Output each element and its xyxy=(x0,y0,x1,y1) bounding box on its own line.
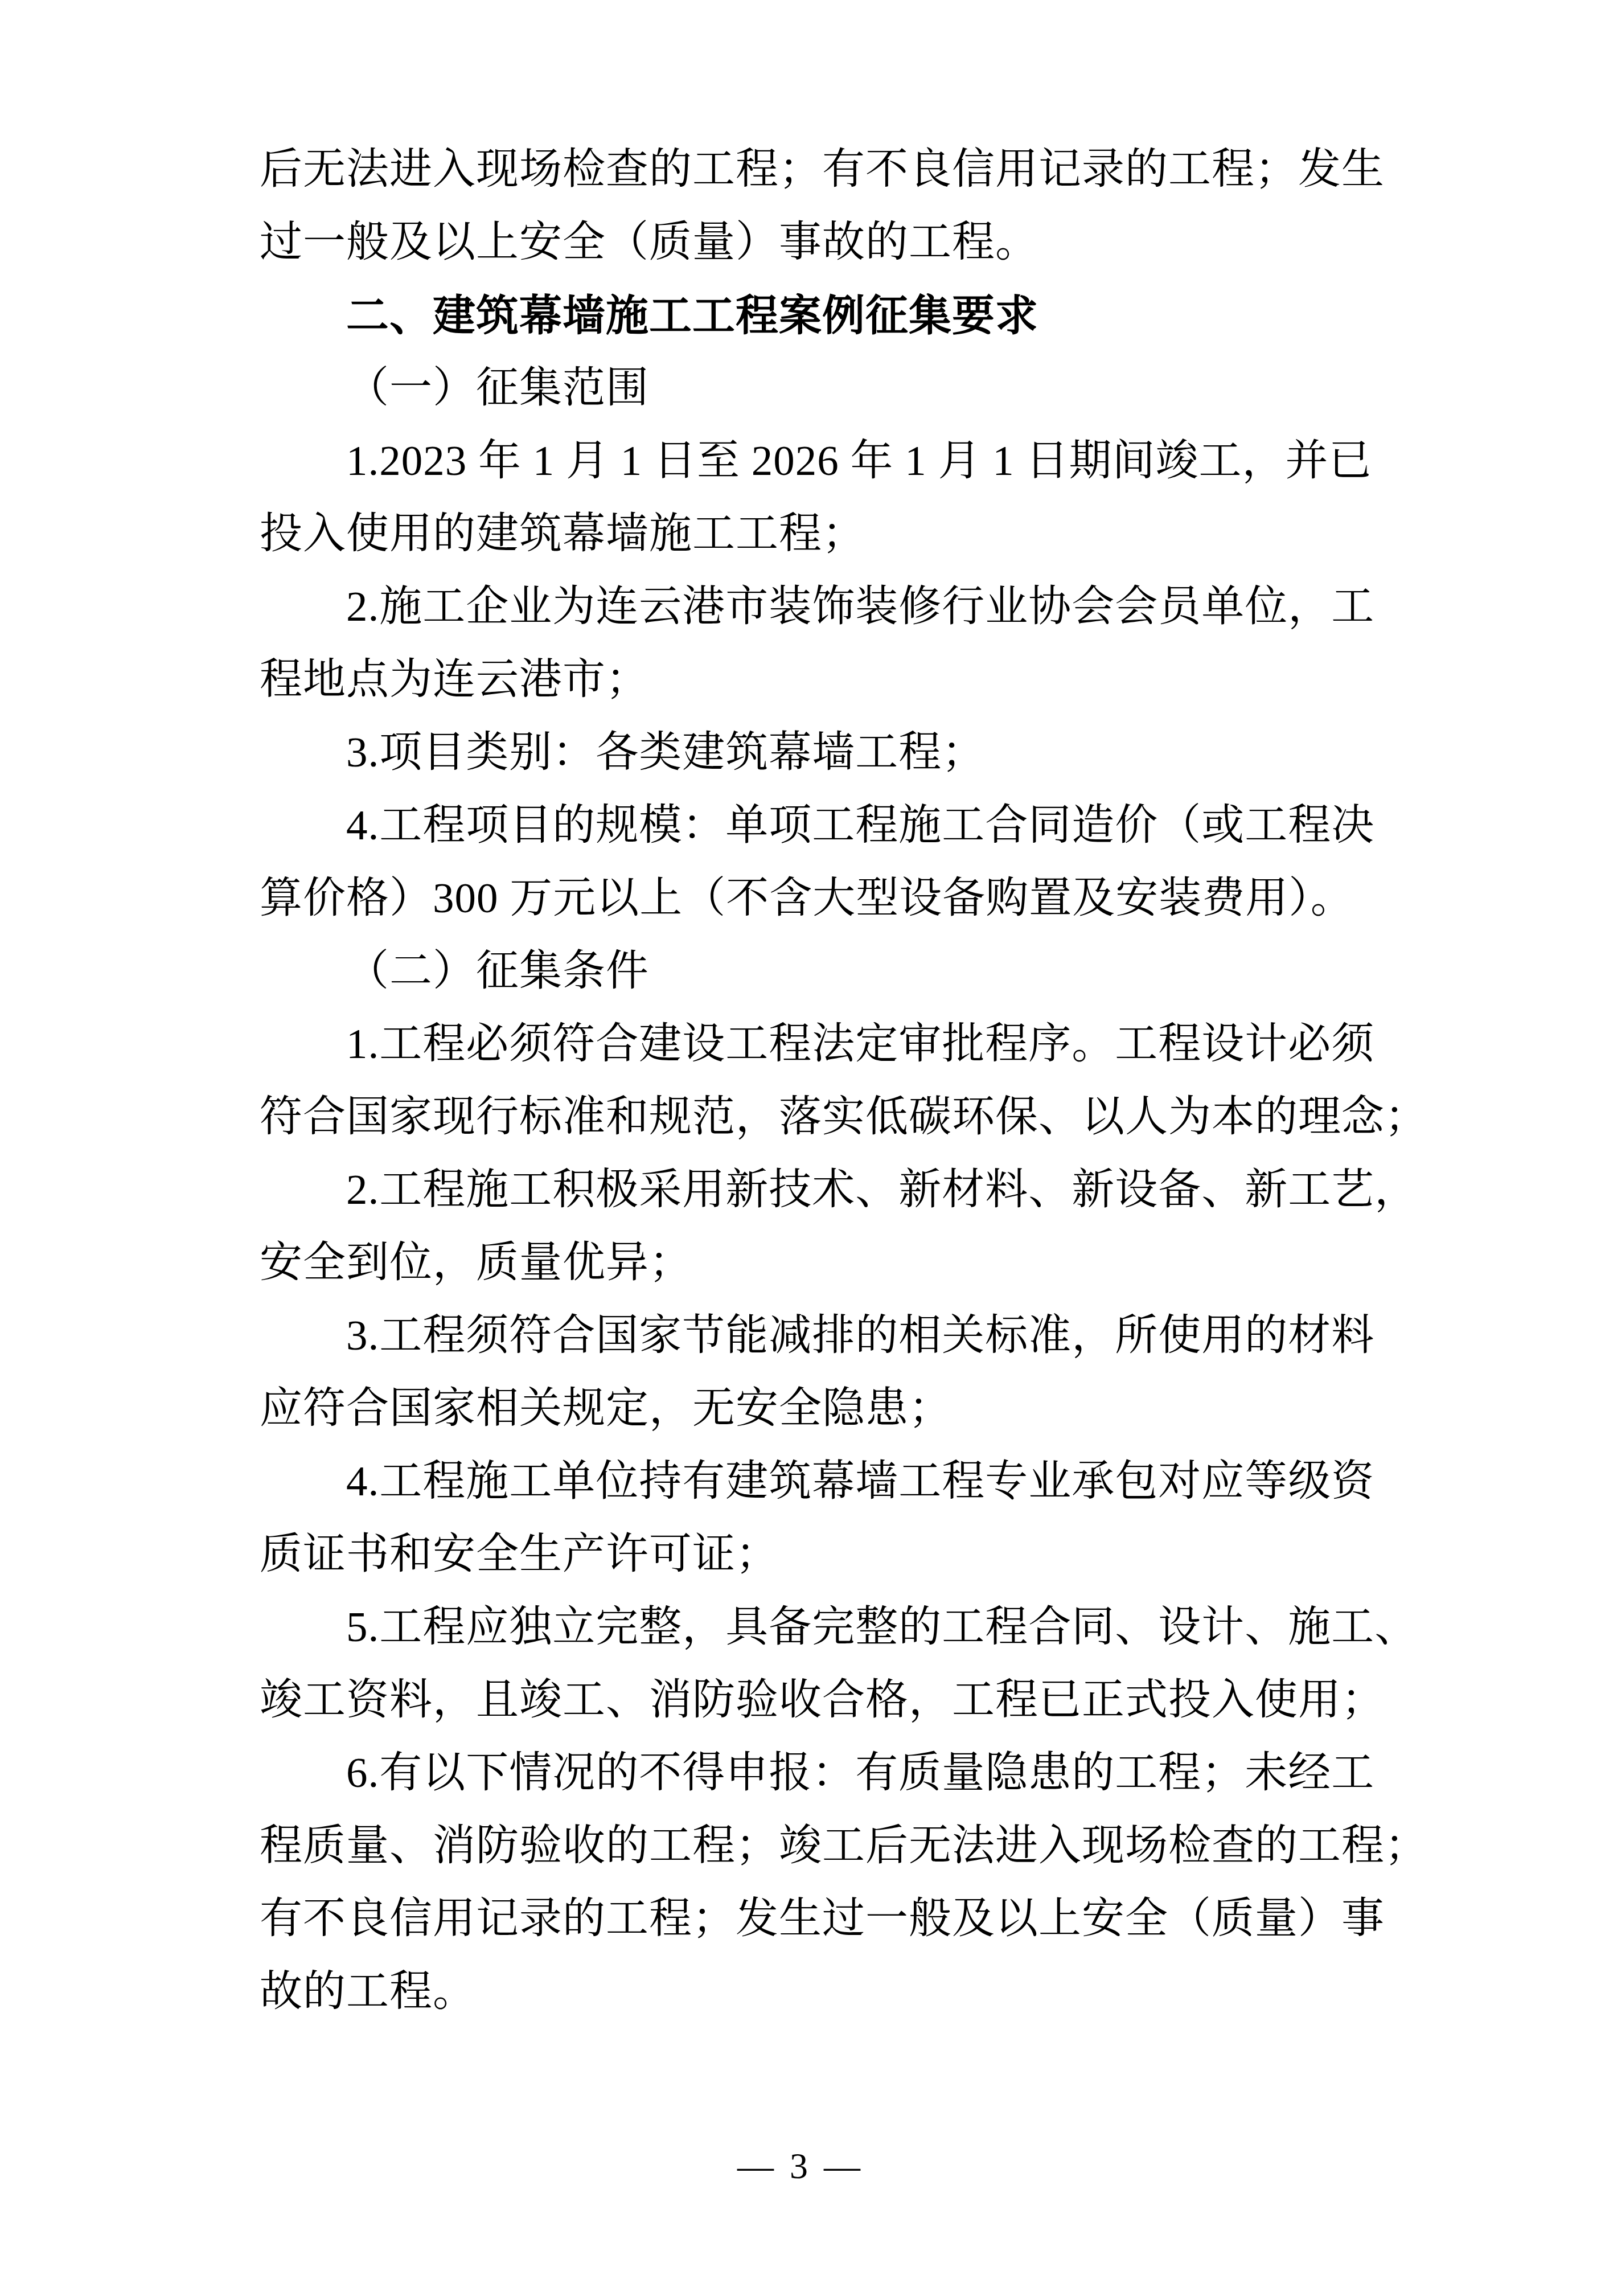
body-line: 算价格）300 万元以上（不含大型设备购置及安装费用）。 xyxy=(260,862,1382,935)
body-line: 过一般及以上安全（质量）事故的工程。 xyxy=(260,206,1382,279)
body-line: 1.工程必须符合建设工程法定审批程序。工程设计必须 xyxy=(260,1008,1382,1081)
page-number: — 3 — xyxy=(737,2146,864,2186)
subsection-heading: （二）征集条件 xyxy=(260,935,1382,1008)
body-line: 2.施工企业为连云港市装饰装修行业协会会员单位，工 xyxy=(260,571,1382,643)
body-line: 程质量、消防验收的工程；竣工后无法进入现场检查的工程； xyxy=(260,1810,1382,1883)
body-line: 1.2023 年 1 月 1 日至 2026 年 1 月 1 日期间竣工，并已 xyxy=(260,425,1382,498)
body-line: 2.工程施工积极采用新技术、新材料、新设备、新工艺， xyxy=(260,1154,1382,1227)
body-line: 6.有以下情况的不得申报：有质量隐患的工程；未经工 xyxy=(260,1737,1382,1810)
subsection-heading: （一）征集范围 xyxy=(260,352,1382,425)
body-line: 应符合国家相关规定，无安全隐患； xyxy=(260,1372,1382,1445)
body-line: 有不良信用记录的工程；发生过一般及以上安全（质量）事 xyxy=(260,1883,1382,1955)
body-line: 投入使用的建筑幕墙施工工程； xyxy=(260,498,1382,571)
body-line: 4.工程施工单位持有建筑幕墙工程专业承包对应等级资 xyxy=(260,1445,1382,1518)
body-line: 故的工程。 xyxy=(260,1955,1382,2028)
section-heading: 二、建筑幕墙施工工程案例征集要求 xyxy=(260,279,1382,352)
body-line: 后无法进入现场检查的工程；有不良信用记录的工程；发生 xyxy=(260,133,1382,206)
body-line: 安全到位，质量优异； xyxy=(260,1227,1382,1299)
document-page: 后无法进入现场检查的工程；有不良信用记录的工程；发生过一般及以上安全（质量）事故… xyxy=(0,0,1601,2296)
body-line: 质证书和安全生产许可证； xyxy=(260,1518,1382,1591)
body-line: 3.工程须符合国家节能减排的相关标准，所使用的材料 xyxy=(260,1299,1382,1372)
body-line: 符合国家现行标准和规范，落实低碳环保、以人为本的理念； xyxy=(260,1081,1382,1154)
body-line: 4.工程项目的规模：单项工程施工合同造价（或工程决 xyxy=(260,789,1382,862)
page-footer: — 3 — xyxy=(0,2130,1601,2203)
document-body: 后无法进入现场检查的工程；有不良信用记录的工程；发生过一般及以上安全（质量）事故… xyxy=(260,133,1382,2028)
body-line: 程地点为连云港市； xyxy=(260,643,1382,716)
body-line: 5.工程应独立完整，具备完整的工程合同、设计、施工、 xyxy=(260,1591,1382,1664)
body-line: 竣工资料，且竣工、消防验收合格，工程已正式投入使用； xyxy=(260,1664,1382,1737)
body-line: 3.项目类别：各类建筑幕墙工程； xyxy=(260,716,1382,789)
